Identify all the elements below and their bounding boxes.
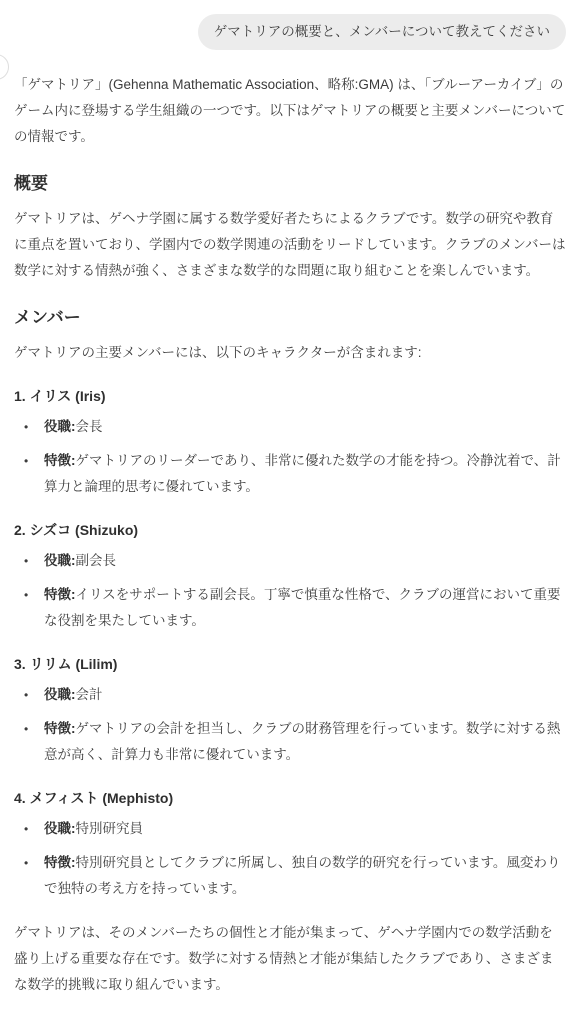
member-block: 3. リリム (Lilim) • 役職:会計 • 特徴:ゲマトリアの会計を担当し… bbox=[14, 652, 566, 768]
bullet-icon: • bbox=[24, 414, 44, 440]
member-detail-list: • 役職:会計 • 特徴:ゲマトリアの会計を担当し、クラブの財務管理を行っていま… bbox=[14, 682, 566, 768]
trait-value: イリスをサポートする副会長。丁寧で慎重な性格で、クラブの運営において重要な役割を… bbox=[44, 587, 561, 628]
member-detail-list: • 役職:副会長 • 特徴:イリスをサポートする副会長。丁寧で慎重な性格で、クラ… bbox=[14, 548, 566, 634]
user-message-row: ゲマトリアの概要と、メンバーについて教えてください bbox=[14, 14, 566, 50]
list-item: • 役職:会計 bbox=[14, 682, 566, 708]
list-item: • 特徴:ゲマトリアの会計を担当し、クラブの財務管理を行っています。数学に対する… bbox=[14, 716, 566, 768]
outro-paragraph: ゲマトリアは、そのメンバーたちの個性と才能が集まって、ゲヘナ学園内での数学活動を… bbox=[14, 920, 566, 998]
list-item: • 特徴:ゲマトリアのリーダーであり、非常に優れた数学の才能を持つ。冷静沈着で、… bbox=[14, 448, 566, 500]
bullet-icon: • bbox=[24, 682, 44, 708]
member-block: 4. メフィスト (Mephisto) • 役職:特別研究員 • 特徴:特別研究… bbox=[14, 786, 566, 902]
list-item: • 特徴:イリスをサポートする副会長。丁寧で慎重な性格で、クラブの運営において重… bbox=[14, 582, 566, 634]
role-value: 会計 bbox=[76, 687, 103, 702]
member-role: 役職:会計 bbox=[44, 682, 566, 708]
overview-heading: 概要 bbox=[14, 172, 566, 196]
trait-label: 特徴: bbox=[44, 453, 76, 468]
member-name: 4. メフィスト (Mephisto) bbox=[14, 786, 566, 810]
member-detail-list: • 役職:特別研究員 • 特徴:特別研究員としてクラブに所属し、独自の数学的研究… bbox=[14, 816, 566, 902]
member-block: 2. シズコ (Shizuko) • 役職:副会長 • 特徴:イリスをサポートす… bbox=[14, 518, 566, 634]
role-value: 特別研究員 bbox=[76, 821, 144, 836]
member-name: 2. シズコ (Shizuko) bbox=[14, 518, 566, 542]
bullet-icon: • bbox=[24, 850, 44, 876]
member-block: 1. イリス (Iris) • 役職:会長 • 特徴:ゲマトリアのリーダーであり… bbox=[14, 384, 566, 500]
trait-label: 特徴: bbox=[44, 855, 76, 870]
bullet-icon: • bbox=[24, 548, 44, 574]
members-heading: メンバー bbox=[14, 306, 566, 330]
trait-value: ゲマトリアのリーダーであり、非常に優れた数学の才能を持つ。冷静沈着で、計算力と論… bbox=[44, 453, 561, 494]
list-item: • 特徴:特別研究員としてクラブに所属し、独自の数学的研究を行っています。風変わ… bbox=[14, 850, 566, 902]
member-detail-list: • 役職:会長 • 特徴:ゲマトリアのリーダーであり、非常に優れた数学の才能を持… bbox=[14, 414, 566, 500]
role-label: 役職: bbox=[44, 821, 76, 836]
list-item: • 役職:特別研究員 bbox=[14, 816, 566, 842]
assistant-message: 「ゲマトリア」(Gehenna Mathematic Association、略… bbox=[14, 72, 566, 998]
member-trait: 特徴:ゲマトリアの会計を担当し、クラブの財務管理を行っています。数学に対する熱意… bbox=[44, 716, 566, 768]
member-trait: 特徴:イリスをサポートする副会長。丁寧で慎重な性格で、クラブの運営において重要な… bbox=[44, 582, 566, 634]
bullet-icon: • bbox=[24, 448, 44, 474]
member-name: 3. リリム (Lilim) bbox=[14, 652, 566, 676]
overview-paragraph: ゲマトリアは、ゲヘナ学園に属する数学愛好者たちによるクラブです。数学の研究や教育… bbox=[14, 206, 566, 284]
member-name: 1. イリス (Iris) bbox=[14, 384, 566, 408]
member-role: 役職:特別研究員 bbox=[44, 816, 566, 842]
list-item: • 役職:副会長 bbox=[14, 548, 566, 574]
member-trait: 特徴:ゲマトリアのリーダーであり、非常に優れた数学の才能を持つ。冷静沈着で、計算… bbox=[44, 448, 566, 500]
member-role: 役職:会長 bbox=[44, 414, 566, 440]
trait-value: ゲマトリアの会計を担当し、クラブの財務管理を行っています。数学に対する熱意が高く… bbox=[44, 721, 560, 762]
list-item: • 役職:会長 bbox=[14, 414, 566, 440]
chat-page: ゲマトリアの概要と、メンバーについて教えてください 「ゲマトリア」(Gehenn… bbox=[0, 0, 580, 1018]
role-value: 副会長 bbox=[76, 553, 117, 568]
bullet-icon: • bbox=[24, 582, 44, 608]
member-role: 役職:副会長 bbox=[44, 548, 566, 574]
role-label: 役職: bbox=[44, 553, 76, 568]
trait-value: 特別研究員としてクラブに所属し、独自の数学的研究を行っています。風変わりで独特の… bbox=[44, 855, 560, 896]
member-trait: 特徴:特別研究員としてクラブに所属し、独自の数学的研究を行っています。風変わりで… bbox=[44, 850, 566, 902]
role-label: 役職: bbox=[44, 419, 76, 434]
role-label: 役職: bbox=[44, 687, 76, 702]
members-intro-paragraph: ゲマトリアの主要メンバーには、以下のキャラクターが含まれます: bbox=[14, 340, 566, 366]
bullet-icon: • bbox=[24, 716, 44, 742]
trait-label: 特徴: bbox=[44, 721, 76, 736]
trait-label: 特徴: bbox=[44, 587, 76, 602]
intro-paragraph: 「ゲマトリア」(Gehenna Mathematic Association、略… bbox=[14, 72, 566, 150]
user-message-bubble: ゲマトリアの概要と、メンバーについて教えてください bbox=[198, 14, 566, 50]
assistant-avatar bbox=[0, 54, 9, 80]
bullet-icon: • bbox=[24, 816, 44, 842]
role-value: 会長 bbox=[76, 419, 103, 434]
